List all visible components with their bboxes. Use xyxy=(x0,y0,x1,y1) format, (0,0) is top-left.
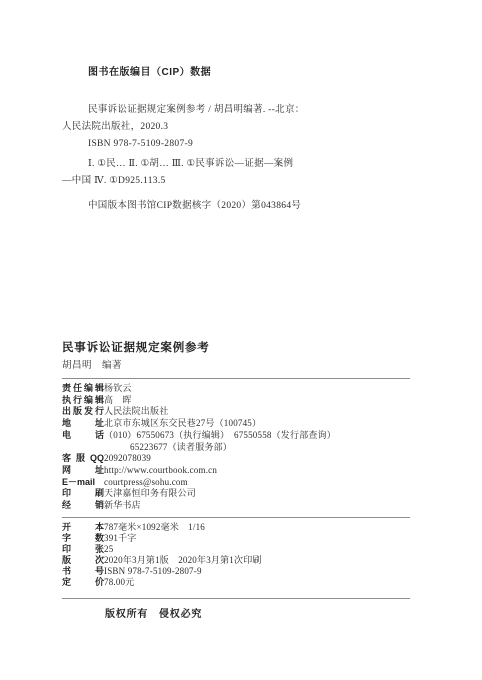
row-distributor: 经销 新华书店 xyxy=(62,500,410,512)
row-label: 印张 xyxy=(62,544,104,555)
row-website: 网址 http://www.courtbook.com.cn xyxy=(62,465,410,477)
row-label: 定价 xyxy=(62,577,104,588)
row-telephone-continued: 65223677（读者服务部） xyxy=(62,442,410,454)
cip-title-statement: 民事诉讼证据规定案例参考 / 胡昌明编著. --北京： xyxy=(62,104,422,117)
row-sheets: 印张 25 xyxy=(62,544,410,555)
row-label: 经销 xyxy=(62,500,104,512)
copyright-page: 图书在版编目（CIP）数据 民事诉讼证据规定案例参考 / 胡昌明编著. --北京… xyxy=(0,0,482,680)
cip-classification-line-2: —中国 Ⅳ. ①D925.113.5 xyxy=(62,175,422,188)
row-label: 印刷 xyxy=(62,488,104,500)
row-value: 北京市东城区东交民巷27号（100745） xyxy=(104,418,410,430)
print-spec-list: 开本 787毫米×1092毫米 1/16 字数 391千字 印张 25 版次 2… xyxy=(62,522,410,588)
cip-isbn-line: ISBN 978-7-5109-2807-9 xyxy=(62,138,422,151)
row-value: 78.00元 xyxy=(104,577,410,588)
row-value: 新华书店 xyxy=(104,500,410,512)
cip-record-number: 中国版本图书馆CIP数据核字（2020）第043864号 xyxy=(62,200,422,213)
row-value: 高 晖 xyxy=(104,395,410,407)
row-value: courtpress@sohu.com xyxy=(104,477,410,489)
row-label: 开本 xyxy=(62,522,104,533)
row-label: 电话 xyxy=(62,430,104,442)
publication-info-list: 责任编辑 杨钦云 执行编辑 高 晖 出版发行 人民法院出版社 地址 北京市东城区… xyxy=(62,383,410,512)
row-edition: 版次 2020年3月第1版 2020年3月第1次印刷 xyxy=(62,555,410,566)
row-value: （010）67550673（执行编辑） 67550558（发行部查询） xyxy=(104,430,410,442)
row-label: E－mail xyxy=(62,477,104,489)
row-label: 书号 xyxy=(62,566,104,577)
row-value: 787毫米×1092毫米 1/16 xyxy=(104,522,410,533)
row-value: 人民法院出版社 xyxy=(104,406,410,418)
row-label: 责任编辑 xyxy=(62,383,104,395)
row-responsible-editor: 责任编辑 杨钦云 xyxy=(62,383,410,395)
row-label: 客服QQ xyxy=(62,453,104,465)
row-address: 地址 北京市东城区东交民巷27号（100745） xyxy=(62,418,410,430)
cip-heading: 图书在版编目（CIP）数据 xyxy=(62,66,422,79)
cip-publisher-line: 人民法院出版社，2020.3 xyxy=(62,121,422,134)
row-isbn: 书号 ISBN 978-7-5109-2807-9 xyxy=(62,566,410,577)
row-price: 定价 78.00元 xyxy=(62,577,410,588)
row-format: 开本 787毫米×1092毫米 1/16 xyxy=(62,522,410,533)
row-label: 字数 xyxy=(62,533,104,544)
row-value: http://www.courtbook.com.cn xyxy=(104,465,410,477)
copyright-notice: 版权所有 侵权必究 xyxy=(62,605,410,620)
divider-rule-middle xyxy=(62,517,410,518)
imprint-section: 民事诉讼证据规定案例参考 胡昌明 编著 责任编辑 杨钦云 执行编辑 高 晖 出版… xyxy=(62,341,410,620)
row-email: E－mail courtpress@sohu.com xyxy=(62,477,410,489)
book-title: 民事诉讼证据规定案例参考 xyxy=(62,341,410,355)
row-value: ISBN 978-7-5109-2807-9 xyxy=(104,566,410,577)
row-value: 2092078039 xyxy=(104,453,410,465)
row-word-count: 字数 391千字 xyxy=(62,533,410,544)
divider-rule-bottom xyxy=(62,598,410,599)
row-value: 65223677（读者服务部） xyxy=(104,442,410,454)
row-telephone: 电话 （010）67550673（执行编辑） 67550558（发行部查询） xyxy=(62,430,410,442)
book-author: 胡昌明 编著 xyxy=(62,360,410,372)
cip-section: 图书在版编目（CIP）数据 民事诉讼证据规定案例参考 / 胡昌明编著. --北京… xyxy=(62,66,422,213)
row-label: 版次 xyxy=(62,555,104,566)
row-label: 网址 xyxy=(62,465,104,477)
cip-classification-line-1: Ⅰ. ①民… Ⅱ. ①胡… Ⅲ. ①民事诉讼—证据—案例 xyxy=(62,158,422,171)
row-executive-editor: 执行编辑 高 晖 xyxy=(62,395,410,407)
row-service-qq: 客服QQ 2092078039 xyxy=(62,453,410,465)
row-printer: 印刷 天津嘉恒印务有限公司 xyxy=(62,488,410,500)
row-label: 出版发行 xyxy=(62,406,104,418)
row-value: 天津嘉恒印务有限公司 xyxy=(104,488,410,500)
row-value: 391千字 xyxy=(104,533,410,544)
row-value: 25 xyxy=(104,544,410,555)
row-value: 2020年3月第1版 2020年3月第1次印刷 xyxy=(104,555,410,566)
row-label: 执行编辑 xyxy=(62,395,104,407)
row-label: 地址 xyxy=(62,418,104,430)
row-value: 杨钦云 xyxy=(104,383,410,395)
divider-rule-top xyxy=(62,378,410,379)
row-publisher: 出版发行 人民法院出版社 xyxy=(62,406,410,418)
